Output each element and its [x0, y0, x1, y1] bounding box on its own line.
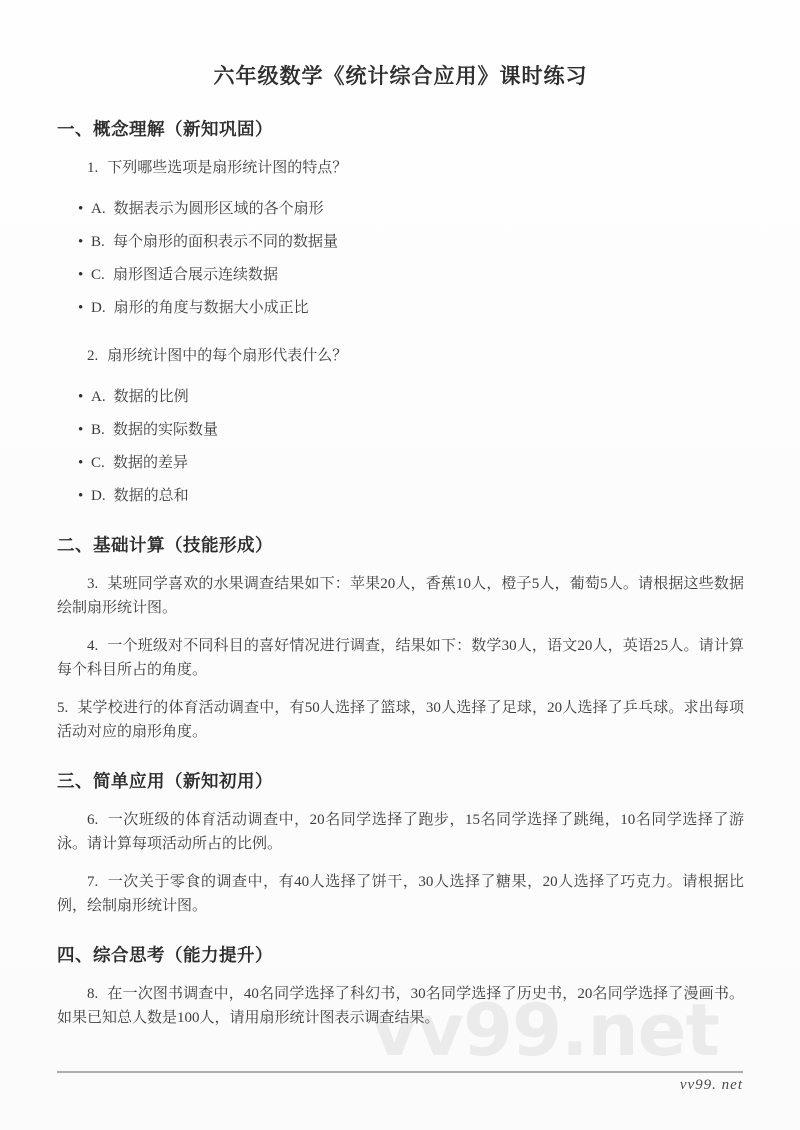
option-letter: D. [91, 296, 106, 320]
section-4-heading: 四、综合思考（能力提升） [57, 942, 744, 968]
bullet-icon [78, 263, 91, 287]
bullet-icon [78, 296, 91, 320]
option-letter: B. [91, 230, 105, 254]
question-8-number: 8. [87, 986, 98, 1002]
option-letter: C. [91, 451, 105, 475]
option-letter: B. [91, 418, 105, 442]
question-6-text: 一次班级的体育活动调查中，20名同学选择了跑步，15名同学选择了跳绳，10名同学… [57, 812, 744, 852]
question-2-options: A.数据的比例 B.数据的实际数量 C.数据的差异 D.数据的总和 [57, 385, 744, 508]
question-5-text: 某学校进行的体育活动调查中，有50人选择了篮球，30人选择了足球，20人选择了乒… [57, 700, 744, 740]
question-1-option-a: A.数据表示为圆形区域的各个扇形 [78, 197, 744, 221]
option-text: 数据的差异 [113, 455, 188, 471]
question-8: 8.在一次图书调查中，40名同学选择了科幻书，30名同学选择了历史书，20名同学… [57, 982, 744, 1030]
section-3-heading: 三、简单应用（新知初用） [57, 768, 744, 794]
question-5: 5.某学校进行的体育活动调查中，有50人选择了篮球，30人选择了足球，20人选择… [57, 696, 744, 744]
page-footer: vv99. net [57, 1071, 743, 1094]
option-text: 扇形的角度与数据大小成正比 [114, 300, 309, 316]
bullet-icon [78, 197, 91, 221]
section-2-heading: 二、基础计算（技能形成） [57, 532, 744, 558]
question-3-text: 某班同学喜欢的水果调查结果如下：苹果20人，香蕉10人，橙子5人，葡萄5人。请根… [57, 576, 744, 616]
question-7-text: 一次关于零食的调查中，有40人选择了饼干，30人选择了糖果，20人选择了巧克力。… [57, 874, 744, 914]
question-4-number: 4. [87, 638, 98, 654]
question-5-number: 5. [57, 700, 68, 716]
question-2-number: 2. [87, 348, 98, 364]
option-text: 数据的实际数量 [113, 422, 218, 438]
bullet-icon [78, 418, 91, 442]
question-2-text: 扇形统计图中的每个扇形代表什么？ [107, 348, 347, 364]
bullet-icon [78, 484, 91, 508]
question-7: 7.一次关于零食的调查中，有40人选择了饼干，30人选择了糖果，20人选择了巧克… [57, 870, 744, 918]
option-letter: A. [91, 385, 106, 409]
question-7-number: 7. [87, 874, 98, 890]
question-1-options: A.数据表示为圆形区域的各个扇形 B.每个扇形的面积表示不同的数据量 C.扇形图… [57, 197, 744, 320]
question-1-option-c: C.扇形图适合展示连续数据 [78, 263, 744, 287]
option-letter: C. [91, 263, 105, 287]
option-letter: A. [91, 197, 106, 221]
question-8-text: 在一次图书调查中，40名同学选择了科幻书，30名同学选择了历史书，20名同学选择… [57, 986, 744, 1026]
question-1-text: 下列哪些选项是扇形统计图的特点？ [107, 160, 347, 176]
option-text: 每个扇形的面积表示不同的数据量 [113, 234, 338, 250]
bullet-icon [78, 385, 91, 409]
question-6: 6.一次班级的体育活动调查中，20名同学选择了跑步，15名同学选择了跳绳，10名… [57, 808, 744, 856]
question-1-number: 1. [87, 160, 98, 176]
question-2-option-c: C.数据的差异 [78, 451, 744, 475]
question-4-text: 一个班级对不同科目的喜好情况进行调查，结果如下：数学30人，语文20人，英语25… [57, 638, 744, 678]
question-6-number: 6. [87, 812, 98, 828]
question-2-option-d: D.数据的总和 [78, 484, 744, 508]
worksheet-page: vv99.net 六年级数学《统计综合应用》课时练习 一、概念理解（新知巩固） … [0, 0, 800, 1130]
question-3-number: 3. [87, 576, 98, 592]
option-text: 数据的总和 [114, 488, 189, 504]
section-1-heading: 一、概念理解（新知巩固） [57, 116, 744, 142]
question-3: 3.某班同学喜欢的水果调查结果如下：苹果20人，香蕉10人，橙子5人，葡萄5人。… [57, 572, 744, 620]
bullet-icon [78, 451, 91, 475]
option-letter: D. [91, 484, 106, 508]
question-2-option-a: A.数据的比例 [78, 385, 744, 409]
option-text: 数据表示为圆形区域的各个扇形 [114, 201, 324, 217]
question-2: 2.扇形统计图中的每个扇形代表什么？ [57, 344, 744, 368]
question-4: 4.一个班级对不同科目的喜好情况进行调查，结果如下：数学30人，语文20人，英语… [57, 634, 744, 682]
question-1: 1.下列哪些选项是扇形统计图的特点？ [57, 156, 744, 180]
option-text: 数据的比例 [114, 389, 189, 405]
option-text: 扇形图适合展示连续数据 [113, 267, 278, 283]
worksheet-content: 六年级数学《统计综合应用》课时练习 一、概念理解（新知巩固） 1.下列哪些选项是… [0, 0, 800, 1030]
question-2-option-b: B.数据的实际数量 [78, 418, 744, 442]
footer-site-text: vv99. net [57, 1073, 743, 1094]
bullet-icon [78, 230, 91, 254]
page-title: 六年级数学《统计综合应用》课时练习 [57, 0, 744, 92]
question-1-option-b: B.每个扇形的面积表示不同的数据量 [78, 230, 744, 254]
question-1-option-d: D.扇形的角度与数据大小成正比 [78, 296, 744, 320]
